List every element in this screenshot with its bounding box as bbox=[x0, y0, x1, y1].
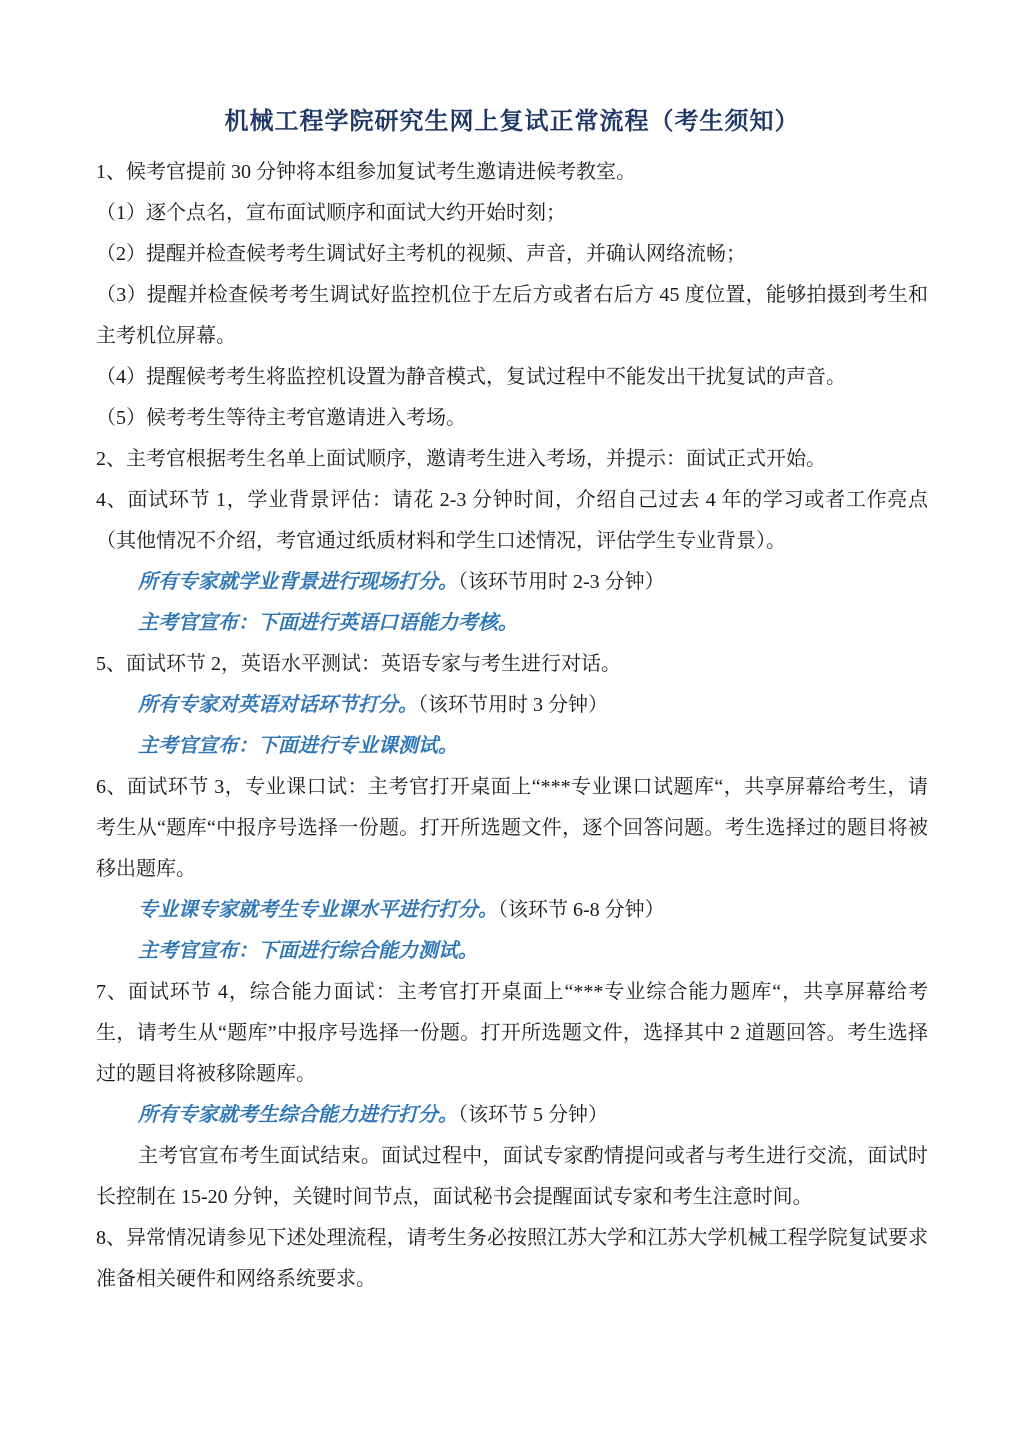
emphasis-text: 主考官宣布：下面进行综合能力测试。 bbox=[138, 940, 478, 962]
emphasis-text: 主考官宣布：下面进行专业课测试。 bbox=[138, 735, 458, 757]
para-score-english: 所有专家对英语对话环节打分。（该环节用时 3 分钟） bbox=[96, 685, 928, 726]
document-body: 1、候考官提前 30 分钟将本组参加复试考生邀请进候考教室。 （1）逐个点名，宣… bbox=[96, 152, 928, 1300]
para-step-1-sub-1: （1）逐个点名，宣布面试顺序和面试大约开始时刻； bbox=[96, 193, 928, 234]
para-step-1-sub-3: （3）提醒并检查候考考生调试好监控机位于左后方或者右后方 45 度位置，能够拍摄… bbox=[96, 275, 928, 357]
para-step-6-major-oral-test: 6、面试环节 3，专业课口试：主考官打开桌面上“***专业课口试题库“，共享屏幕… bbox=[96, 767, 928, 890]
para-step-5-english-test: 5、面试环节 2，英语水平测试：英语专家与考生进行对话。 bbox=[96, 644, 928, 685]
para-step-1-sub-2: （2）提醒并检查候考考生调试好主考机的视频、声音，并确认网络流畅； bbox=[96, 234, 928, 275]
emphasis-text: 专业课专家就考生专业课水平进行打分。 bbox=[138, 899, 498, 921]
para-step-4-academic-background: 4、面试环节 1，学业背景评估：请花 2-3 分钟时间，介绍自己过去 4 年的学… bbox=[96, 480, 928, 562]
para-step-7-comprehensive-interview: 7、面试环节 4，综合能力面试：主考官打开桌面上“***专业综合能力题库“，共享… bbox=[96, 972, 928, 1095]
para-score-comprehensive: 所有专家就考生综合能力进行打分。（该环节 5 分钟） bbox=[96, 1095, 928, 1136]
para-score-major-course: 专业课专家就考生专业课水平进行打分。（该环节 6-8 分钟） bbox=[96, 890, 928, 931]
para-step-2: 2、主考官根据考生名单上面试顺序，邀请考生进入考场，并提示：面试正式开始。 bbox=[96, 439, 928, 480]
emphasis-text: 主考官宣布：下面进行英语口语能力考核。 bbox=[138, 612, 518, 634]
emphasis-text: 所有专家对英语对话环节打分。 bbox=[138, 694, 418, 716]
emphasis-text: 所有专家就学业背景进行现场打分。 bbox=[138, 571, 458, 593]
para-announce-comprehensive: 主考官宣布：下面进行综合能力测试。 bbox=[96, 931, 928, 972]
emphasis-text: 所有专家就考生综合能力进行打分。 bbox=[138, 1104, 458, 1126]
para-step-1-sub-4: （4）提醒候考考生将监控机设置为静音模式，复试过程中不能发出干扰复试的声音。 bbox=[96, 357, 928, 398]
plain-text: （该环节用时 2-3 分钟） bbox=[458, 571, 665, 593]
para-step-1: 1、候考官提前 30 分钟将本组参加复试考生邀请进候考教室。 bbox=[96, 152, 928, 193]
para-announce-english: 主考官宣布：下面进行英语口语能力考核。 bbox=[96, 603, 928, 644]
document-page: 机械工程学院研究生网上复试正常流程（考生须知） 1、候考官提前 30 分钟将本组… bbox=[0, 0, 1024, 1448]
para-score-academic: 所有专家就学业背景进行现场打分。（该环节用时 2-3 分钟） bbox=[96, 562, 928, 603]
para-step-1-sub-5: （5）候考考生等待主考官邀请进入考场。 bbox=[96, 398, 928, 439]
document-title: 机械工程学院研究生网上复试正常流程（考生须知） bbox=[96, 104, 928, 140]
para-step-8-exception-note: 8、异常情况请参见下述处理流程，请考生务必按照江苏大学和江苏大学机械工程学院复试… bbox=[96, 1218, 928, 1300]
para-interview-end-note: 主考官宣布考生面试结束。面试过程中，面试专家酌情提问或者与考生进行交流，面试时长… bbox=[96, 1136, 928, 1218]
plain-text: （该环节 6-8 分钟） bbox=[498, 899, 665, 921]
plain-text: （该环节用时 3 分钟） bbox=[418, 694, 608, 716]
para-announce-major-course: 主考官宣布：下面进行专业课测试。 bbox=[96, 726, 928, 767]
plain-text: （该环节 5 分钟） bbox=[458, 1104, 608, 1126]
